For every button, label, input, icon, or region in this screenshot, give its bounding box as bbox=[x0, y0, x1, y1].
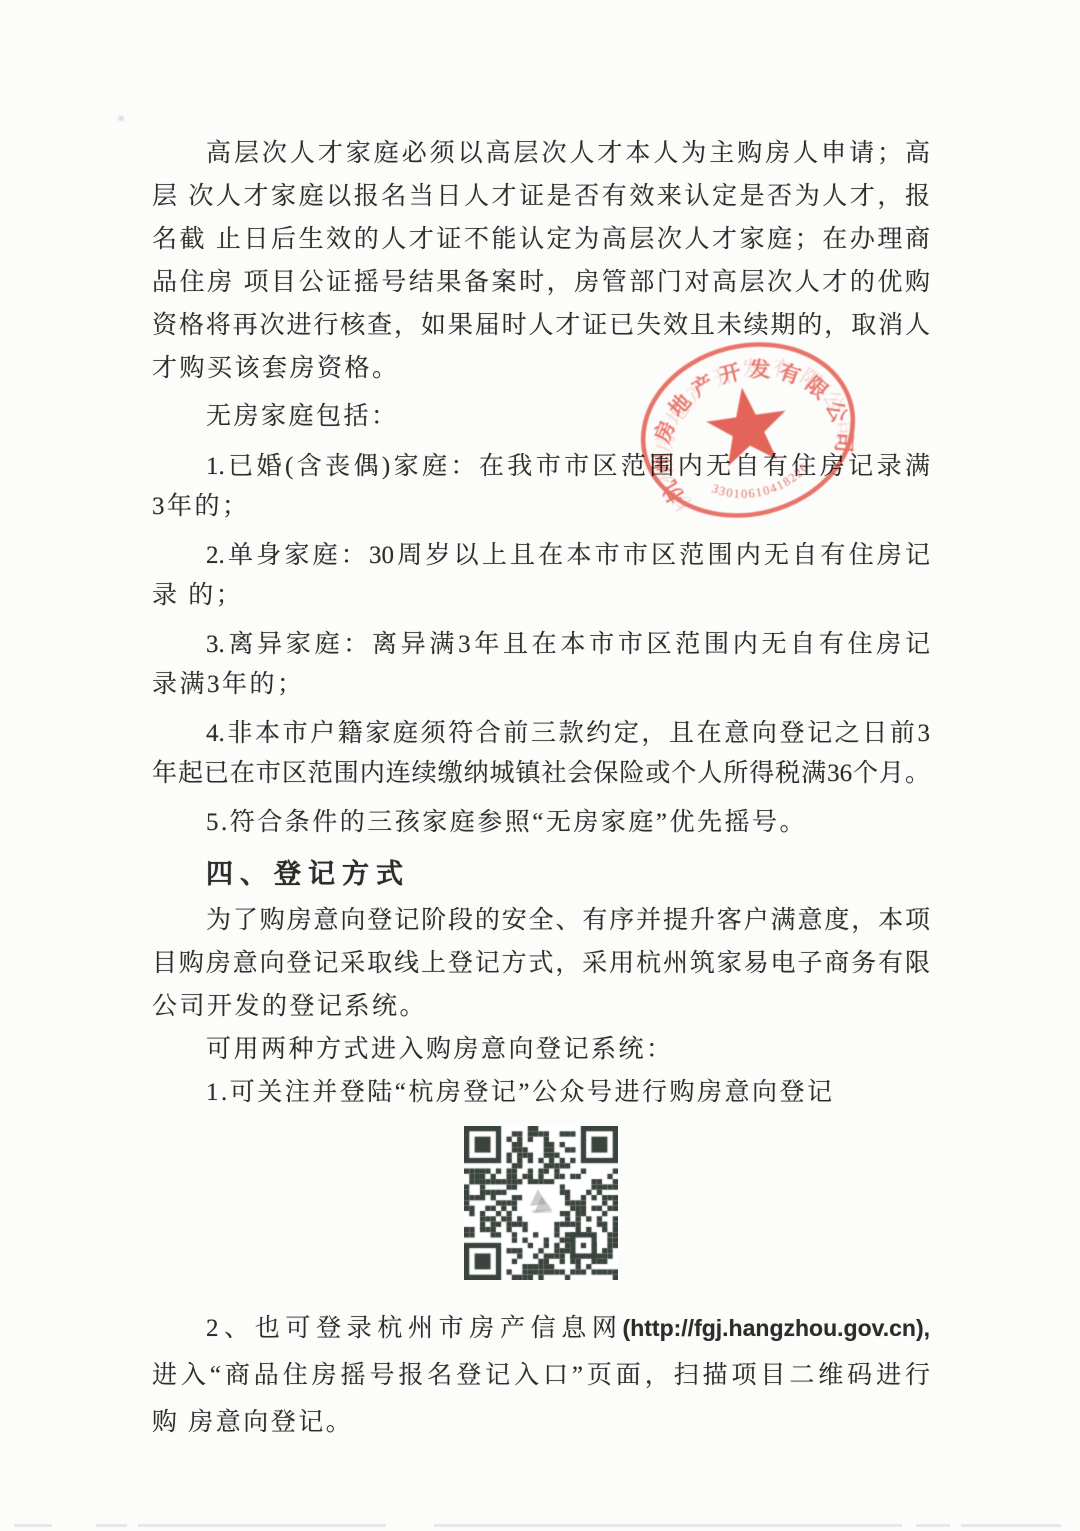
document-page: 高层次人才家庭必须以高层次人才本人为主购房人申请；高 层 次人才家庭以报名当日人… bbox=[0, 0, 1080, 1531]
qr-code-container bbox=[152, 1126, 930, 1285]
paragraph-talent-family-policy: 高层次人才家庭必须以高层次人才本人为主购房人申请；高 层 次人才家庭以报名当日人… bbox=[152, 132, 930, 390]
paragraph-two-ways-intro: 可用两种方式进入购房意向登记系统： bbox=[152, 1028, 930, 1071]
text-line: 2、也可登录杭州市房产信息网(http://fgj.hangzhou.gov.c… bbox=[152, 1305, 930, 1352]
text-line: 层 次人才家庭以报名当日人才证是否有效来认定是否为人才，报 bbox=[152, 175, 930, 218]
scan-artifact-line bbox=[916, 1524, 950, 1527]
list-item-married-family: 1.已婚(含丧偶)家庭：在我市市区范围内无自有住房记录满 3年的； bbox=[152, 447, 930, 527]
text-line: 年起已在市区范围内连续缴纳城镇社会保险或个人所得税满36个月。 bbox=[152, 754, 930, 794]
scan-artifact-line bbox=[14, 1524, 52, 1527]
list-item-single-family: 2.单身家庭：30周岁以上且在本市市区范围内无自有住房记 录 的； bbox=[152, 536, 930, 616]
text-line: 5.符合条件的三孩家庭参照“无房家庭”优先摇号。 bbox=[152, 803, 930, 843]
section-heading-registration-method: 四、登记方式 bbox=[206, 851, 930, 897]
scan-artifact-line bbox=[138, 1524, 386, 1527]
scan-artifact-line bbox=[96, 1524, 127, 1527]
paragraph-way-2-website: 2、也可登录杭州市房产信息网(http://fgj.hangzhou.gov.c… bbox=[152, 1305, 930, 1446]
text-line: 1.已婚(含丧偶)家庭：在我市市区范围内无自有住房记录满 bbox=[152, 447, 930, 487]
website-url-text: (http://fgj.hangzhou.gov.cn), bbox=[623, 1315, 930, 1341]
text-line: 4.非本市户籍家庭须符合前三款约定，且在意向登记之日前3 bbox=[152, 714, 930, 754]
list-item-non-local-family: 4.非本市户籍家庭须符合前三款约定，且在意向登记之日前3 年起已在市区范围内连续… bbox=[152, 714, 930, 794]
text-line: 3年的； bbox=[152, 487, 930, 527]
list-item-three-child-family: 5.符合条件的三孩家庭参照“无房家庭”优先摇号。 bbox=[152, 803, 930, 843]
text-line: 进入“商品住房摇号报名登记入口”页面，扫描项目二维码进行 bbox=[152, 1352, 930, 1399]
text-line: 无房家庭包括： bbox=[152, 395, 930, 438]
text-line: 2.单身家庭：30周岁以上且在本市市区范围内无自有住房记 bbox=[152, 536, 930, 576]
paragraph-way-1-wechat: 1.可关注并登陆“杭房登记”公众号进行购房意向登记 bbox=[152, 1071, 930, 1114]
text-line: 为了购房意向登记阶段的安全、有序并提升客户满意度，本项 bbox=[152, 899, 930, 942]
text-line: 高层次人才家庭必须以高层次人才本人为主购房人申请；高 bbox=[152, 132, 930, 175]
text-line: 目购房意向登记采取线上登记方式，采用杭州筑家易电子商务有限 bbox=[152, 942, 930, 985]
registration-qr-code bbox=[464, 1126, 618, 1280]
list-item-divorced-family: 3.离异家庭：离异满3年且在本市市区范围内无自有住房记 录满3年的； bbox=[152, 625, 930, 705]
text-segment: 2、也可登录杭州市房产信息网 bbox=[206, 1315, 623, 1342]
scan-speck bbox=[118, 116, 124, 121]
paragraph-no-house-family-intro: 无房家庭包括： bbox=[152, 395, 930, 438]
text-line: 名截 止日后生效的人才证不能认定为高层次人才家庭；在办理商 bbox=[152, 218, 930, 261]
text-line: 资格将再次进行核查，如果届时人才证已失效且未续期的，取消人 bbox=[152, 304, 930, 347]
text-line: 购 房意向登记。 bbox=[152, 1399, 930, 1446]
scan-artifact-line bbox=[961, 1524, 1061, 1527]
text-line: 3.离异家庭：离异满3年且在本市市区范围内无自有住房记 bbox=[152, 625, 930, 665]
text-line: 才购买该套房资格。 bbox=[152, 347, 930, 390]
body-text: 高层次人才家庭必须以高层次人才本人为主购房人申请；高 层 次人才家庭以报名当日人… bbox=[152, 132, 930, 1446]
scan-artifact-line bbox=[434, 1524, 902, 1527]
text-line: 品住房 项目公证摇号结果备案时，房管部门对高层次人才的优购 bbox=[152, 261, 930, 304]
text-line: 可用两种方式进入购房意向登记系统： bbox=[152, 1028, 930, 1071]
text-line: 1.可关注并登陆“杭房登记”公众号进行购房意向登记 bbox=[152, 1071, 930, 1114]
text-line: 录满3年的； bbox=[152, 665, 930, 705]
text-line: 公司开发的登记系统。 bbox=[152, 985, 930, 1028]
paragraph-online-registration: 为了购房意向登记阶段的安全、有序并提升客户满意度，本项 目购房意向登记采取线上登… bbox=[152, 899, 930, 1028]
text-line: 录 的； bbox=[152, 576, 930, 616]
